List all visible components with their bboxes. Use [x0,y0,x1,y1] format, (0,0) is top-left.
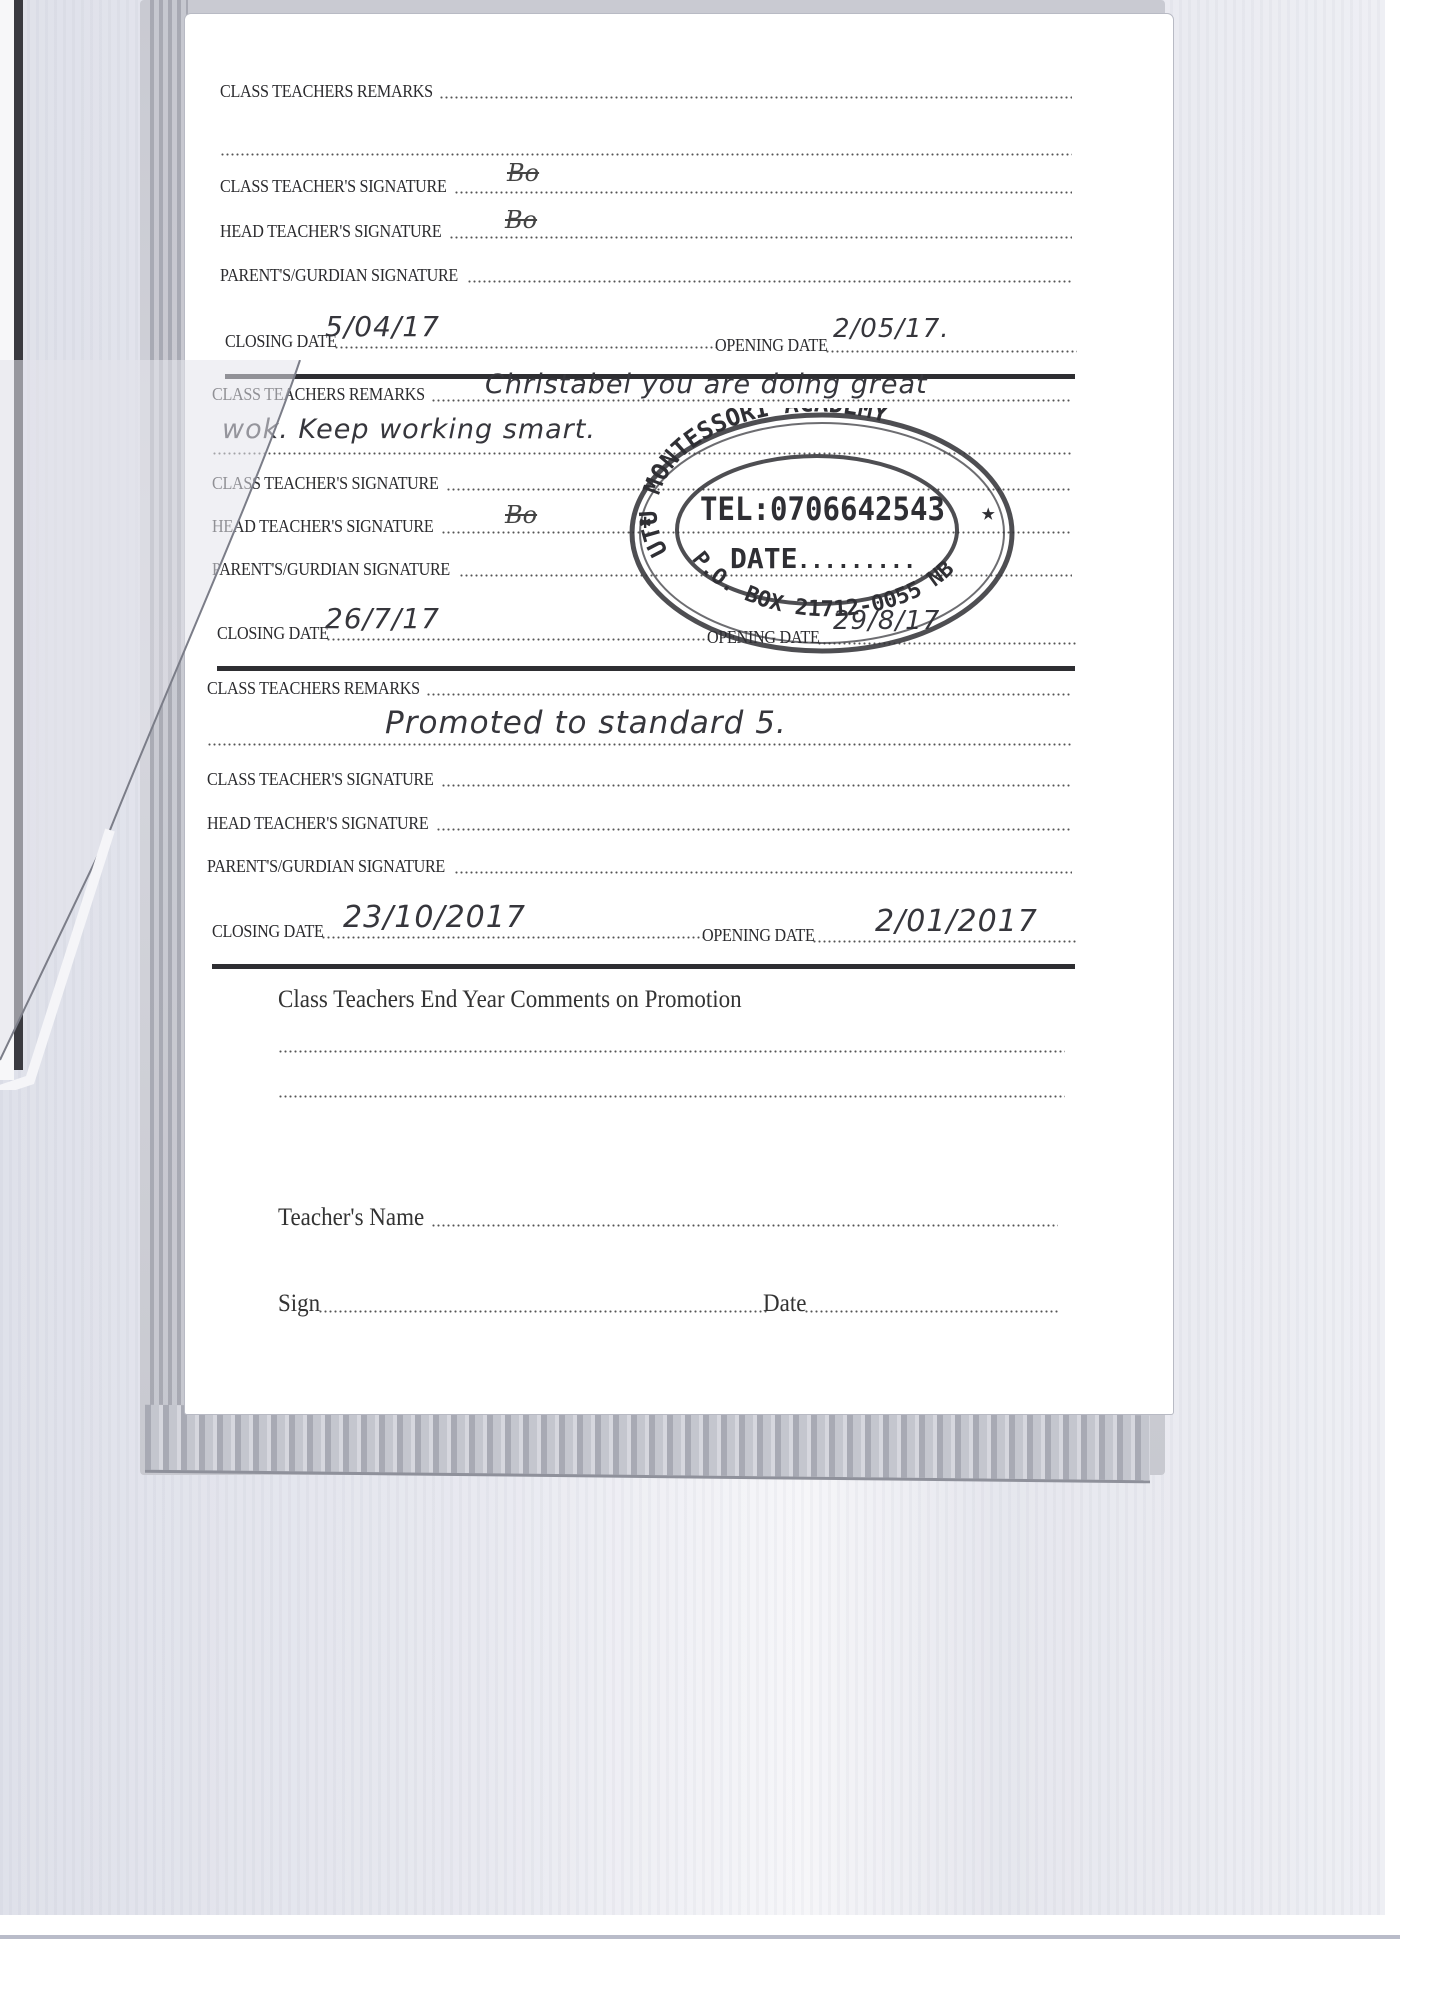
class-teacher-signature-3-dots [441,784,1072,787]
closing-date-3-label: CLOSING DATE [212,921,324,942]
date-field[interactable]: Date [763,1290,1060,1318]
class-teacher-signature-3-label: CLASS TEACHER'S SIGNATURE [207,769,434,790]
head-teacher-signature-1-dots [449,236,1072,239]
stamp-tel: TEL:0706642543 [700,490,945,528]
opening-date-value-3: 2/01/2017 [875,904,1038,939]
scan-left-margin [0,0,14,1080]
closing-date-value-3: 23/10/2017 [343,900,526,935]
remarks-line-2-section-3 [207,743,1072,746]
class-teacher-signature-2-label: CLASS TEACHER'S SIGNATURE [212,473,439,494]
remarks-field-1-label: CLASS TEACHERS REMARKS [220,81,433,102]
remarks-field-1[interactable]: CLASS TEACHERS REMARKS [220,80,1072,102]
remarks-field-1-dots [439,96,1072,99]
closing-date-3-dots [321,936,707,939]
date-label: Date [763,1290,806,1318]
head-teacher-signature-3[interactable]: HEAD TEACHER'S SIGNATURE [207,812,1072,834]
stamp-top-text: UTU MONTESSORI ACADEMY [634,408,891,561]
class-teacher-signature-3[interactable]: CLASS TEACHER'S SIGNATURE [207,768,1072,790]
end-year-heading: Class Teachers End Year Comments on Prom… [278,986,742,1014]
parent-signature-1[interactable]: PARENT'S/GURDIAN SIGNATURE [220,264,1072,286]
sign-dots [318,1310,768,1313]
remarks-handwriting-2-2: wok. Keep working smart. [222,414,596,445]
head-teacher-signature-3-dots [436,828,1072,831]
opening-date-3-label: OPENING DATE [702,925,815,946]
remarks-handwriting-1-2: Christabel you are doing great [485,369,928,400]
teacher-name-dots [431,1224,1058,1227]
remarks-field-3-dots [426,693,1072,696]
scan-bottom-edge [0,1935,1400,1939]
remarks-line-2-section-1 [220,153,1072,156]
section-divider-2 [217,666,1075,671]
report-page: CLASS TEACHERS REMARKS CLASS TEACHER'S S… [185,14,1173,1414]
folder-spine [150,0,188,1440]
star-icon: ★ [981,498,995,526]
opening-date-3-dots [812,940,1077,943]
head-teacher-signature-1-label: HEAD TEACHER'S SIGNATURE [220,221,441,242]
closing-date-1-dots [334,346,720,349]
closing-date-1[interactable]: CLOSING DATE [225,330,720,352]
closing-date-1-label: CLOSING DATE [225,331,337,352]
remarks-handwriting-2-3: Promoted to standard 5. [385,705,787,741]
sign-label: Sign [278,1290,320,1318]
opening-date-value-1: 2/05/17. [833,314,950,344]
parent-signature-1-label: PARENT'S/GURDIAN SIGNATURE [220,265,458,286]
closing-date-value-1: 5/04/17 [325,310,440,343]
remarks-field-3[interactable]: CLASS TEACHERS REMARKS [207,677,1072,699]
head-teacher-signature-1[interactable]: HEAD TEACHER'S SIGNATURE [220,220,1072,242]
class-teacher-signature-1-dots [454,191,1072,194]
section-divider-3 [212,964,1075,969]
head-teacher-signature-2-label: HEAD TEACHER'S SIGNATURE [212,516,433,537]
parent-signature-2-label: PARENT'S/GURDIAN SIGNATURE [212,559,450,580]
stamp-date-label: DATE [730,542,797,575]
scan-left-border [14,0,23,1070]
remarks-field-3-label: CLASS TEACHERS REMARKS [207,678,420,699]
end-year-comment-line-2 [278,1095,1065,1098]
date-dots [804,1310,1060,1313]
class-teacher-signature-value-1: Bo [507,159,539,187]
head-teacher-signature-value-1: Bo [505,206,537,234]
remarks-field-2-label: CLASS TEACHERS REMARKS [212,384,425,405]
parent-signature-3-dots [454,871,1072,874]
class-teacher-signature-1-label: CLASS TEACHER'S SIGNATURE [220,176,447,197]
parent-signature-3-label: PARENT'S/GURDIAN SIGNATURE [207,856,445,877]
teacher-name-label: Teacher's Name [278,1204,424,1232]
stamp-date-dots: ......... [797,549,916,574]
head-teacher-signature-value-2: Bo [505,501,537,529]
parent-signature-1-dots [467,280,1072,283]
class-teacher-signature-1[interactable]: CLASS TEACHER'S SIGNATURE [220,175,1072,197]
closing-date-2-label: CLOSING DATE [217,623,329,644]
asterisk-icon: ✱ [639,509,651,533]
teacher-name-field[interactable]: Teacher's Name [278,1204,1058,1232]
parent-signature-3[interactable]: PARENT'S/GURDIAN SIGNATURE [207,855,1072,877]
head-teacher-signature-3-label: HEAD TEACHER'S SIGNATURE [207,813,428,834]
sign-field[interactable]: Sign [278,1290,768,1318]
end-year-comment-line-1 [278,1050,1065,1053]
opening-date-1-label: OPENING DATE [715,335,828,356]
closing-date-value-2: 26/7/17 [325,602,440,635]
school-stamp: UTU MONTESSORI ACADEMY P.O. BOX 21712-00… [625,408,1020,658]
tape-strip [145,1405,1150,1484]
opening-date-1-dots [825,350,1077,353]
